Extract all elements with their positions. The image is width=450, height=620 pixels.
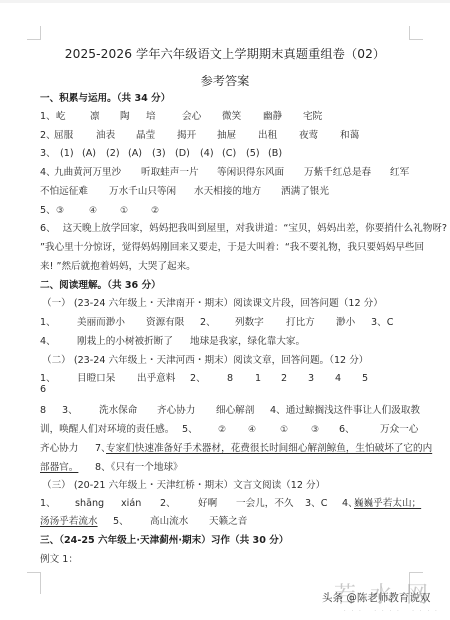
- q3-row: 3、 (1) (A) (2) (A) (3) (D) (4) (C) (5) (…: [40, 147, 420, 161]
- answer: (A): [128, 147, 142, 161]
- part-1-row-1: 1、 美丽而渺小 资源有限 2、 列数字 打比方 渺小 3、C: [40, 316, 420, 330]
- answer-number: 5、: [182, 423, 198, 437]
- answer: 万众一心: [380, 423, 418, 437]
- answer: 会心: [182, 110, 201, 124]
- part-2-row-5: 齐心协力 7、 专家们快速准备好手术器材，花费很长时间细心解剖鲸鱼，生怕破坏了它…: [40, 442, 420, 456]
- answer: 目瞪口呆: [77, 372, 115, 386]
- answer: 8、《只有一个地球》: [95, 461, 183, 475]
- answer: 洗水保命: [99, 404, 137, 418]
- answer: 万水千山只等闲: [109, 185, 176, 199]
- q2-row: 2、 屈服 油表 晶莹 揭开 抽屉 出租 夜莺 和蔼: [40, 129, 420, 143]
- answer: 列数字: [235, 316, 264, 330]
- part-1-heading: （一） (23-24 六年级上・天津南开・期末）阅读课文片段，回答问题（12 分…: [42, 297, 383, 311]
- answer: 资源有限: [146, 316, 184, 330]
- answer: 洒满了银光: [281, 185, 329, 199]
- answer: 揭开: [177, 129, 196, 143]
- answer: 4、通过鲸搁浅这件事让人们汲取教: [270, 404, 420, 418]
- answer: 幽静: [263, 110, 282, 124]
- answer: 等闲识得东风面: [217, 166, 284, 180]
- answer: ④: [248, 423, 256, 437]
- answer: 抽屉: [217, 129, 236, 143]
- answer: 陶: [120, 110, 130, 124]
- part-3-row-1: 1、 shāng xián 2、 好啊 一会儿，不久 3、C 4、 巍巍乎若太山…: [40, 497, 420, 511]
- answer: 打比方: [286, 316, 315, 330]
- q5-row: 5、 ③ ④ ① ②: [40, 204, 420, 218]
- answer: 天籁之音: [209, 515, 247, 529]
- watermark-dots: ··· ···· ····: [344, 608, 443, 614]
- answer: 听取蛙声一片: [141, 166, 199, 180]
- part-2-row-3: 8 3、 洗水保命 齐心协力 细心解剖 4、通过鲸搁浅这件事让人们汲取教: [40, 404, 420, 418]
- answer: ①: [280, 423, 288, 437]
- answer: 屈服: [54, 129, 73, 143]
- answer: 1: [255, 372, 261, 386]
- document-subtitle: 参考答案: [0, 72, 450, 89]
- answer: 和蔼: [340, 129, 359, 143]
- answer-number: 2、: [190, 372, 206, 386]
- answer: 微笑: [222, 110, 241, 124]
- underlined-answer: 汤汤乎若流水: [40, 515, 98, 529]
- answer: 训，唤醒人们对环境的责任感。: [40, 423, 174, 437]
- answer: ③: [56, 204, 64, 218]
- answer: (1): [60, 147, 74, 161]
- answer: ②: [218, 423, 226, 437]
- answer: 4: [335, 372, 341, 386]
- answer: (2): [106, 147, 120, 161]
- crop-mark-top-left: [27, 26, 41, 40]
- q4-row-2: 不怕远征难 万水千山只等闲 水天相接的地方 洒满了银光: [40, 185, 420, 199]
- answer-number: 6、: [339, 423, 355, 437]
- answer: 红军: [390, 166, 409, 180]
- answer: 地球是我家，绿化靠大家。: [190, 335, 305, 349]
- answer: 凛: [90, 110, 100, 124]
- answer: 水天相接的地方: [194, 185, 261, 199]
- answer: 夜莺: [299, 129, 318, 143]
- answer: 万紫千红总是春: [304, 166, 371, 180]
- answer-number: 3、: [62, 404, 78, 418]
- answer: 高山流水: [150, 515, 188, 529]
- document-title: 2025-2026 学年六年级语文上学期期末真题重组卷（02）: [0, 45, 450, 62]
- answer-number: 2、: [200, 316, 216, 330]
- answer: 油表: [96, 129, 115, 143]
- answer: 细心解剖: [216, 404, 254, 418]
- answer-number: 2、: [160, 497, 176, 511]
- example-label: 例文 1：: [40, 553, 78, 567]
- q3-number: 3、: [40, 147, 56, 161]
- answer-number: 5、: [113, 515, 129, 529]
- section-3-heading: 三、（24-25 六年级上·天津蓟州·期末）习作（共 30 分）: [40, 534, 288, 548]
- answer: (5): [246, 147, 260, 161]
- answer: 8: [227, 372, 233, 386]
- section-1-heading: 一、积累与运用。（共 34 分）: [40, 92, 170, 106]
- part-2-row-4: 训，唤醒人们对环境的责任感。 5、 ② ④ ① ③ 6、 万众一心: [40, 423, 420, 437]
- answer: 齐心协力: [157, 404, 195, 418]
- pinyin-answer: shāng: [75, 497, 104, 511]
- q6-row-1: 6、 这天晚上放学回家，妈妈把我叫到屋里，对我讲道：“宝贝，妈妈出差，你要捎什么…: [40, 222, 447, 236]
- watermark: 若水网 头条 @陈老师教育说双 ··· ···· ····: [318, 578, 448, 618]
- answer: 8: [40, 404, 46, 418]
- answer: 宅院: [303, 110, 322, 124]
- q5-number: 5、: [40, 204, 56, 218]
- part-2-row-1: 1、 目瞪口呆 出乎意料 2、 8 1 2 3 4 5: [40, 372, 420, 386]
- answer: 出乎意料: [137, 372, 175, 386]
- answer: ①: [120, 204, 128, 218]
- answer: (4): [200, 147, 214, 161]
- q6-number: 6、: [40, 223, 56, 234]
- answer: (A): [82, 147, 96, 161]
- part-3-heading: （三） (20-21 六年级上・天津红桥・期末）文言文阅读（12 分）: [42, 479, 325, 493]
- answer: ③: [311, 423, 319, 437]
- answer: 出租: [258, 129, 277, 143]
- crop-mark-bottom-left: [27, 572, 41, 594]
- answer-number: 4、: [40, 335, 56, 349]
- q4-row-1: 4、 九曲黄河万里沙 听取蛙声一片 等闲识得东风面 万紫千红总是春 红军: [40, 166, 420, 180]
- answer-number: 1、: [40, 497, 56, 511]
- answer-text: 这天晚上放学回家，妈妈把我叫到屋里，对我讲道：“宝贝，妈妈出差，你要捎什么礼物呀…: [63, 223, 447, 234]
- answer: 一会儿，不久: [236, 497, 294, 511]
- answer: 九曲黄河万里沙: [54, 166, 121, 180]
- q6-row-3: 来! ”然后就抱着妈妈，大哭了起来。: [40, 260, 196, 274]
- answer: 美丽而渺小: [77, 316, 125, 330]
- answer: 培: [146, 110, 156, 124]
- answer: 刚栽上的小树被折断了: [77, 335, 173, 349]
- q1-number: 1、: [40, 110, 56, 124]
- answer: 5: [362, 372, 368, 386]
- part-2-row-6: 部器官。 8、《只有一个地球》: [40, 461, 420, 475]
- part-2-row-2: 6: [40, 383, 46, 397]
- answer: (B): [268, 147, 282, 161]
- section-2-heading: 二、阅读理解。（共 36 分）: [40, 279, 161, 293]
- answer: (C): [222, 147, 236, 161]
- answer: 不怕远征难: [40, 185, 88, 199]
- answer: 晶莹: [136, 129, 155, 143]
- crop-mark-top-right: [409, 26, 423, 40]
- answer: ④: [89, 204, 97, 218]
- answer-number: 1、: [40, 316, 56, 330]
- part-2-heading: （二） (23-24 六年级上・天津河西・期末）阅读文章，回答问题。（12 分）: [42, 354, 368, 368]
- pinyin-answer: xián: [121, 497, 141, 511]
- answer: (3): [152, 147, 166, 161]
- part-3-row-2: 汤汤乎若流水 5、 高山流水 天籁之音: [40, 515, 420, 529]
- top-edge: [0, 0, 450, 3]
- answer: 屹: [56, 110, 66, 124]
- answer: 3、C: [305, 497, 327, 511]
- answer: 3、C: [371, 316, 393, 330]
- underlined-answer: 部器官。: [40, 461, 78, 475]
- answer: 好啊: [198, 497, 217, 511]
- underlined-answer: 专家们快速准备好手术器材，花费很长时间细心解剖鲸鱼，生怕破坏了它的内: [106, 442, 432, 456]
- q6-row-2: ”我心里十分惊讶，觉得妈妈刚回来又要走，于是大叫着：“我不要礼物，我只要妈妈早些…: [40, 241, 424, 255]
- answer: ②: [151, 204, 159, 218]
- answer: 渺小: [336, 316, 355, 330]
- part-1-row-2: 4、 刚栽上的小树被折断了 地球是我家，绿化靠大家。: [40, 335, 420, 349]
- answer: 6: [40, 384, 46, 395]
- answer: 齐心协力: [40, 442, 78, 456]
- answer: (D): [175, 147, 190, 161]
- q1-row: 1、 屹 凛 陶 培 会心 微笑 幽静 宅院: [40, 110, 420, 124]
- watermark-author: 头条 @陈老师教育说双: [322, 590, 430, 605]
- answer: 3: [308, 372, 314, 386]
- underlined-answer: 巍巍乎若太山；: [354, 497, 421, 511]
- answer: 2: [281, 372, 287, 386]
